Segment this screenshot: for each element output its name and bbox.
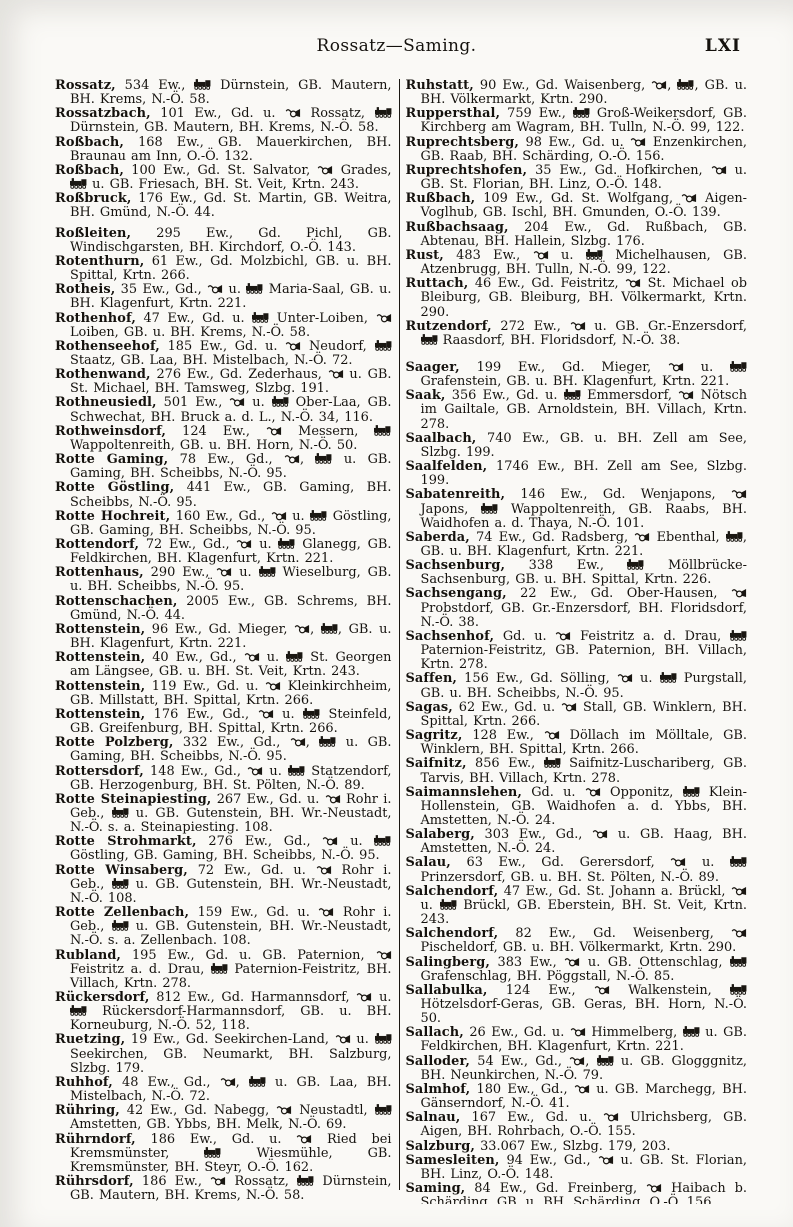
entry-headword: Saimannslehen, — [406, 785, 522, 800]
railway-icon — [440, 899, 457, 910]
entry-headword: Rotte Steinapiesting, — [55, 792, 211, 807]
entry-headword: Saak, — [406, 388, 446, 403]
railway-icon — [321, 623, 338, 634]
gazetteer-entry: Ruprechtsberg, 98 Ew., Gd. u. Enzenkirch… — [406, 136, 748, 164]
gazetteer-entry: Saming, 84 Ew., Gd. Freinberg, Haibach b… — [406, 1182, 748, 1204]
posthorn-icon — [266, 426, 282, 436]
gazetteer-entry: Rotte Steinapiesting, 267 Ew., Gd. u. Ro… — [55, 793, 392, 835]
entry-headword: Salaberg, — [406, 827, 475, 842]
entry-headword: Saager, — [406, 360, 460, 375]
gazetteer-entry: Salzburg, 33.067 Ew., Slzbg. 179, 203. — [406, 1140, 748, 1154]
gazetteer-entry: Rotte Winsaberg, 72 Ew., Gd. u. Rohr i. … — [55, 864, 392, 906]
posthorn-icon — [592, 829, 608, 839]
entry-headword: Ruprechtsberg, — [406, 135, 519, 150]
railway-icon — [375, 1033, 392, 1044]
gazetteer-entry: Saifnitz, 856 Ew., Saifnitz-Luschariberg… — [406, 757, 748, 785]
gazetteer-entry: Rottenstein, 176 Ew., Gd., u. Steinfeld,… — [55, 708, 392, 736]
gazetteer-entry: Sachsenburg, 338 Ew., Möllbrücke-Sachsen… — [406, 559, 748, 587]
railway-icon — [272, 396, 289, 407]
entry-headword: Rottenstein, — [55, 650, 145, 665]
posthorn-icon — [247, 766, 263, 776]
entry-headword: Saifnitz, — [406, 756, 467, 771]
gazetteer-entry: Rühring, 42 Ew., Gd. Nabegg, Neustadtl, … — [55, 1104, 392, 1132]
posthorn-icon — [598, 1155, 614, 1165]
page-header: Rossatz—Saming. LXI — [0, 36, 793, 62]
railway-icon — [481, 503, 498, 514]
posthorn-icon — [316, 865, 332, 875]
entry-headword: Roßbach, — [55, 163, 124, 178]
railway-icon — [544, 757, 561, 768]
posthorn-icon — [294, 624, 310, 634]
entry-headword: Rottenschachen, — [55, 594, 177, 609]
railway-icon — [112, 807, 129, 818]
posthorn-icon — [711, 165, 727, 175]
entry-headword: Saalfelden, — [406, 459, 488, 474]
entry-headword: Rothweinsdorf, — [55, 424, 166, 439]
entry-headword: Salchendorf, — [406, 926, 499, 941]
entry-headword: Rußbachsaag, — [406, 220, 509, 235]
gazetteer-entry: Rottenstein, 40 Ew., Gd., u. St. Georgen… — [55, 651, 392, 679]
gazetteer-entry: Roßbach, 100 Ew., Gd. St. Salvator, Grad… — [55, 164, 392, 192]
entry-headword: Salingberg, — [406, 955, 490, 970]
gazetteer-entry: Rossatz, 534 Ew., Dürnstein, GB. Mautern… — [55, 79, 392, 107]
gazetteer-entry: Salloder, 54 Ew., Gd., , u. GB. Glogggni… — [406, 1055, 748, 1083]
posthorn-icon — [569, 1056, 585, 1066]
entry-headword: Ruhhof, — [55, 1075, 113, 1090]
gazetteer-entry: Ruhhof, 48 Ew., Gd., , u. GB. Laa, BH. M… — [55, 1076, 392, 1104]
posthorn-icon — [625, 278, 641, 288]
gazetteer-entry: Salnau, 167 Ew., Gd. u. Ulrichsberg, GB.… — [406, 1111, 748, 1139]
railway-icon — [374, 835, 391, 846]
entry-headword: Rottersdorf, — [55, 764, 144, 779]
railway-icon — [319, 736, 336, 747]
gazetteer-entry: Rührndorf, 186 Ew., Gd. u. Ried bei Krem… — [55, 1133, 392, 1175]
entry-headword: Rotte Winsaberg, — [55, 863, 188, 878]
scanned-gazetteer-page: Rossatz—Saming. LXI Rossatz, 534 Ew., Dü… — [0, 0, 793, 1227]
gazetteer-entry: Rotte Hochreit, 160 Ew., Gd., u. Göstlin… — [55, 510, 392, 538]
railway-icon — [421, 334, 438, 345]
entry-headword: Ruttach, — [406, 276, 469, 291]
entry-headword: Ruhstatt, — [406, 79, 474, 93]
posthorn-icon — [670, 857, 686, 867]
entry-headword: Rührsdorf, — [55, 1174, 134, 1189]
railway-icon — [374, 425, 391, 436]
railway-icon — [730, 361, 747, 372]
entry-headword: Rottenhaus, — [55, 565, 144, 580]
entry-headword: Rotheis, — [55, 282, 115, 297]
railway-icon — [112, 920, 129, 931]
railway-icon — [375, 340, 392, 351]
gazetteer-entry: Salaberg, 303 Ew., Gd., u. GB. Haag, BH.… — [406, 828, 748, 856]
entry-headword: Rührndorf, — [55, 1132, 136, 1147]
page-number: LXI — [705, 36, 741, 56]
railway-icon — [70, 178, 87, 189]
entry-headword: Salnau, — [406, 1110, 461, 1125]
gazetteer-entry: Rührsdorf, 186 Ew., Rossatz, Dürnstein, … — [55, 1175, 392, 1203]
posthorn-icon — [265, 681, 281, 691]
posthorn-icon — [285, 341, 301, 351]
gazetteer-entry: Salau, 63 Ew., Gd. Gerersdorf, u. Prinze… — [406, 856, 748, 884]
railway-icon — [288, 765, 305, 776]
entry-headword: Ruppersthal, — [406, 106, 501, 121]
posthorn-icon — [634, 532, 650, 542]
entry-headword: Sabatenreith, — [406, 487, 506, 502]
railway-icon — [297, 1175, 314, 1186]
gazetteer-entry: Rußbachsaag, 204 Ew., Gd. Rußbach, GB. A… — [406, 221, 748, 249]
posthorn-icon — [244, 652, 260, 662]
entry-headword: Ruetzing, — [55, 1032, 125, 1047]
gazetteer-entry: Salchendorf, 82 Ew., Gd. Weisenberg, Pis… — [406, 927, 748, 955]
entry-headword: Rotenthurn, — [55, 254, 144, 269]
posthorn-icon — [271, 511, 287, 521]
entry-headword: Rothneusiedl, — [55, 395, 157, 410]
entry-headword: Salloder, — [406, 1054, 471, 1069]
posthorn-icon — [296, 1134, 312, 1144]
entry-headword: Rotte Strohmarkt, — [55, 834, 197, 849]
gazetteer-entry: Rottenschachen, 2005 Ew., GB. Schrems, B… — [55, 595, 392, 623]
posthorn-icon — [216, 567, 232, 577]
posthorn-icon — [564, 957, 580, 967]
posthorn-icon — [335, 1034, 351, 1044]
gazetteer-entry: Rothenseehof, 185 Ew., Gd. u. Neudorf, S… — [55, 340, 392, 368]
gazetteer-entry: Saager, 199 Ew., Gd. Mieger, u. Grafenst… — [406, 361, 748, 389]
entry-headword: Rothenwand, — [55, 367, 151, 382]
entry-headword: Rottenstein, — [55, 622, 145, 637]
railway-icon — [597, 1055, 614, 1066]
railway-icon — [627, 559, 644, 570]
railway-icon — [573, 107, 590, 118]
gazetteer-entry: Sabatenreith, 146 Ew., Gd. Wenjapons, Ja… — [406, 488, 748, 530]
entry-headword: Salzburg, — [406, 1139, 475, 1154]
entry-headword: Saming, — [406, 1181, 466, 1196]
posthorn-icon — [328, 369, 344, 379]
entry-headword: Rotte Polzberg, — [55, 735, 173, 750]
posthorn-icon — [731, 928, 747, 938]
posthorn-icon — [207, 284, 223, 294]
posthorn-icon — [533, 250, 549, 260]
gazetteer-entry: Sagritz, 128 Ew., Döllach im Mölltale, G… — [406, 729, 748, 757]
railway-icon — [310, 510, 327, 521]
left-column: Rossatz, 534 Ew., Dürnstein, GB. Mautern… — [55, 79, 392, 1204]
entry-headword: Ruprechtshofen, — [406, 163, 528, 178]
gazetteer-entry: Roßbach, 168 Ew., GB. Mauerkirchen, BH. … — [55, 136, 392, 164]
entry-headword: Rückersdorf, — [55, 990, 149, 1005]
railway-icon — [303, 708, 320, 719]
posthorn-icon — [731, 588, 747, 598]
gazetteer-entry: Saffen, 156 Ew., Gd. Sölling, u. Purgsta… — [406, 672, 748, 700]
posthorn-icon — [258, 709, 274, 719]
posthorn-icon — [322, 836, 338, 846]
running-header-title: Rossatz—Saming. — [0, 36, 793, 56]
railway-icon — [375, 1104, 392, 1115]
gazetteer-entry: Rückersdorf, 812 Ew., Gd. Harmannsdorf, … — [55, 991, 392, 1033]
posthorn-icon — [603, 1112, 619, 1122]
railway-icon — [375, 107, 392, 118]
entry-headword: Rottenstein, — [55, 679, 145, 694]
posthorn-icon — [574, 1084, 590, 1094]
posthorn-icon — [376, 950, 392, 960]
column-divider-rule — [399, 79, 400, 1190]
gazetteer-entry: Ruetzing, 19 Ew., Gd. Seekirchen-Land, u… — [55, 1033, 392, 1075]
entry-headword: Rotte Zellenbach, — [55, 905, 189, 920]
gazetteer-entry: Rubland, 195 Ew., Gd. u. GB. Paternion, … — [55, 949, 392, 991]
posthorn-icon — [285, 108, 301, 118]
gazetteer-entry: Saak, 356 Ew., Gd. u. Emmersdorf, Nötsch… — [406, 389, 748, 431]
entry-headword: Sagas, — [406, 700, 453, 715]
gazetteer-entry: Samesleiten, 94 Ew., Gd., u. GB. St. Flo… — [406, 1154, 748, 1182]
railway-icon — [249, 1076, 266, 1087]
gazetteer-entry: Saimannslehen, Gd. u. Opponitz, Klein-Ho… — [406, 786, 748, 828]
gazetteer-entry: Rutzendorf, 272 Ew., u. GB. Gr.-Enzersdo… — [406, 320, 748, 348]
railway-icon — [70, 1005, 87, 1016]
entry-headword: Roßleiten, — [55, 226, 131, 241]
gazetteer-entry: Ruhstatt, 90 Ew., Gd. Waisenberg, , , GB… — [406, 79, 748, 107]
posthorn-icon — [555, 631, 571, 641]
gazetteer-entry: Rottendorf, 72 Ew., Gd., u. Glanegg, GB.… — [55, 538, 392, 566]
posthorn-icon — [276, 1105, 292, 1115]
entry-headword: Rottenstein, — [55, 707, 145, 722]
gazetteer-entry: Sallach, 26 Ew., Gd. u. Himmelberg, u. G… — [406, 1026, 748, 1054]
railway-icon — [246, 283, 263, 294]
railway-icon — [730, 956, 747, 967]
entry-headword: Sachsengang, — [406, 586, 507, 601]
entry-headword: Samesleiten, — [406, 1153, 500, 1168]
entry-headword: Salchendorf, — [406, 884, 499, 899]
gazetteer-entry: Rotte Zellenbach, 159 Ew., Gd. u. Rohr i… — [55, 906, 392, 948]
entry-headword: Rotte Göstling, — [55, 480, 174, 495]
railway-icon — [564, 389, 581, 400]
posthorn-icon — [617, 673, 633, 683]
gazetteer-entry: Saalfelden, 1746 Ew., BH. Zell am See, S… — [406, 460, 748, 488]
entry-headword: Rossatz, — [55, 79, 116, 93]
right-column: Ruhstatt, 90 Ew., Gd. Waisenberg, , , GB… — [406, 79, 748, 1204]
railway-icon — [278, 538, 295, 549]
entry-headword: Saffen, — [406, 671, 458, 686]
railway-icon — [204, 1147, 221, 1158]
entry-headword: Rust, — [406, 248, 444, 263]
posthorn-icon — [290, 737, 306, 747]
posthorn-icon — [544, 730, 560, 740]
entry-headword: Roßbach, — [55, 135, 124, 150]
gazetteer-entry: Rottenhaus, 290 Ew., u. Wieselburg, GB. … — [55, 566, 392, 594]
posthorn-icon — [561, 702, 577, 712]
railway-icon — [660, 672, 677, 683]
posthorn-icon — [731, 886, 747, 896]
gazetteer-entry: Rotte Göstling, 441 Ew., GB. Gaming, BH.… — [55, 481, 392, 509]
railway-icon — [315, 453, 332, 464]
gazetteer-entry: Sachsengang, 22 Ew., Gd. Ober-Hausen, Pr… — [406, 587, 748, 629]
gazetteer-entry: Sagas, 62 Ew., Gd. u. Stall, GB. Winkler… — [406, 701, 748, 729]
posthorn-icon — [646, 1183, 662, 1193]
gazetteer-entry: Rottenstein, 119 Ew., Gd. u. Kleinkirchh… — [55, 680, 392, 708]
posthorn-icon — [376, 313, 392, 323]
posthorn-icon — [651, 80, 667, 90]
gazetteer-entry: Salchendorf, 47 Ew., Gd. St. Johann a. B… — [406, 885, 748, 927]
gazetteer-entry: Rotte Strohmarkt, 276 Ew., Gd., u. Göstl… — [55, 835, 392, 863]
entry-headword: Rubland, — [55, 948, 121, 963]
railway-icon — [730, 984, 747, 995]
gazetteer-entry: Rossatzbach, 101 Ew., Gd. u. Rossatz, Dü… — [55, 107, 392, 135]
entry-headword: Rothenseehof, — [55, 339, 160, 354]
entry-headword: Rotte Gaming, — [55, 452, 168, 467]
entry-headword: Rossatzbach, — [55, 106, 151, 121]
gazetteer-entry: Rust, 483 Ew., u. Michelhausen, GB. Atze… — [406, 249, 748, 277]
gazetteer-entry: Rotte Polzberg, 332 Ew., Gd., , u. GB. G… — [55, 736, 392, 764]
gazetteer-entry: Rothenhof, 47 Ew., Gd. u. Unter-Loiben, … — [55, 312, 392, 340]
gazetteer-entry: Salmhof, 180 Ew., Gd., u. GB. Marchegg, … — [406, 1083, 748, 1111]
posthorn-icon — [317, 165, 333, 175]
gazetteer-entry: Rothenwand, 276 Ew., Gd. Zederhaus, u. G… — [55, 368, 392, 396]
railway-icon — [586, 249, 603, 260]
railway-icon — [730, 630, 747, 641]
entry-headword: Sallabulka, — [406, 983, 488, 998]
posthorn-icon — [318, 907, 334, 917]
gazetteer-entry: Rotte Gaming, 78 Ew., Gd., , u. GB. Gami… — [55, 453, 392, 481]
railway-icon — [683, 1026, 700, 1037]
gazetteer-entry: Rothweinsdorf, 124 Ew., Messern, Wappolt… — [55, 425, 392, 453]
posthorn-icon — [210, 1176, 226, 1186]
posthorn-icon — [356, 992, 372, 1002]
posthorn-icon — [678, 390, 694, 400]
gazetteer-entry: Ruppersthal, 759 Ew., Groß-Weikersdorf, … — [406, 107, 748, 135]
gazetteer-entry: Ruprechtshofen, 35 Ew., Gd. Hofkirchen, … — [406, 164, 748, 192]
railway-icon — [726, 531, 743, 542]
gazetteer-entry: Rotenthurn, 61 Ew., Gd. Molzbichl, GB. u… — [55, 255, 392, 283]
posthorn-icon — [668, 362, 684, 372]
posthorn-icon — [220, 1077, 236, 1087]
posthorn-icon — [630, 137, 646, 147]
entry-headword: Saberda, — [406, 530, 470, 545]
entry-headword: Rühring, — [55, 1103, 120, 1118]
text-block: Rossatz, 534 Ew., Dürnstein, GB. Mautern… — [55, 79, 747, 1204]
railway-icon — [677, 79, 694, 90]
posthorn-icon — [731, 489, 747, 499]
entry-headword: Salau, — [406, 855, 451, 870]
entry-headword: Sagritz, — [406, 728, 463, 743]
entry-headword: Sallach, — [406, 1025, 464, 1040]
gazetteer-entry: Rottersdorf, 148 Ew., Gd., u. Statzendor… — [55, 765, 392, 793]
gazetteer-entry: Rottenstein, 96 Ew., Gd. Mieger, , , GB.… — [55, 623, 392, 651]
gazetteer-entry: Roßleiten, 295 Ew., Gd. Pichl, GB. Windi… — [55, 227, 392, 255]
gazetteer-entry: Saberda, 74 Ew., Gd. Radsberg, Ebenthal,… — [406, 531, 748, 559]
posthorn-icon — [284, 454, 300, 464]
entry-headword: Rutzendorf, — [406, 319, 492, 334]
gazetteer-entry: Rotheis, 35 Ew., Gd., u. Maria-Saal, GB.… — [55, 283, 392, 311]
railway-icon — [683, 786, 700, 797]
posthorn-icon — [594, 985, 610, 995]
railway-icon — [194, 79, 211, 90]
posthorn-icon — [570, 321, 586, 331]
entry-headword: Rottendorf, — [55, 537, 139, 552]
gazetteer-entry: Saalbach, 740 Ew., GB. u. BH. Zell am Se… — [406, 432, 748, 460]
railway-icon — [252, 312, 269, 323]
railway-icon — [211, 963, 228, 974]
posthorn-icon — [570, 1027, 586, 1037]
railway-icon — [112, 878, 129, 889]
gazetteer-entry: Roßbruck, 176 Ew., Gd. St. Martin, GB. W… — [55, 192, 392, 220]
entry-headword: Sachsenhof, — [406, 629, 495, 644]
posthorn-icon — [585, 787, 601, 797]
entry-headword: Salmhof, — [406, 1082, 471, 1097]
entry-headword: Rußbach, — [406, 191, 476, 206]
posthorn-icon — [325, 794, 341, 804]
entry-headword: Saalbach, — [406, 431, 477, 446]
posthorn-icon — [681, 193, 697, 203]
entry-headword: Sachsenburg, — [406, 558, 506, 573]
gazetteer-entry: Ruttach, 46 Ew., Gd. Feistritz, St. Mich… — [406, 277, 748, 319]
entry-headword: Rotte Hochreit, — [55, 509, 170, 524]
entry-headword: Roßbruck, — [55, 191, 131, 206]
gazetteer-entry: Sallabulka, 124 Ew., Walkenstein, Hötzel… — [406, 984, 748, 1026]
posthorn-icon — [229, 397, 245, 407]
gazetteer-entry: Rothneusiedl, 501 Ew., u. Ober-Laa, GB. … — [55, 396, 392, 424]
railway-icon — [730, 856, 747, 867]
gazetteer-entry: Salingberg, 383 Ew., u. GB. Ottenschlag,… — [406, 956, 748, 984]
entry-headword: Rothenhof, — [55, 311, 136, 326]
railway-icon — [286, 651, 303, 662]
gazetteer-entry: Rußbach, 109 Ew., Gd. St. Wolfgang, Aige… — [406, 192, 748, 220]
railway-icon — [259, 566, 276, 577]
gazetteer-entry: Sachsenhof, Gd. u. Feistritz a. d. Drau,… — [406, 630, 748, 672]
posthorn-icon — [236, 539, 252, 549]
